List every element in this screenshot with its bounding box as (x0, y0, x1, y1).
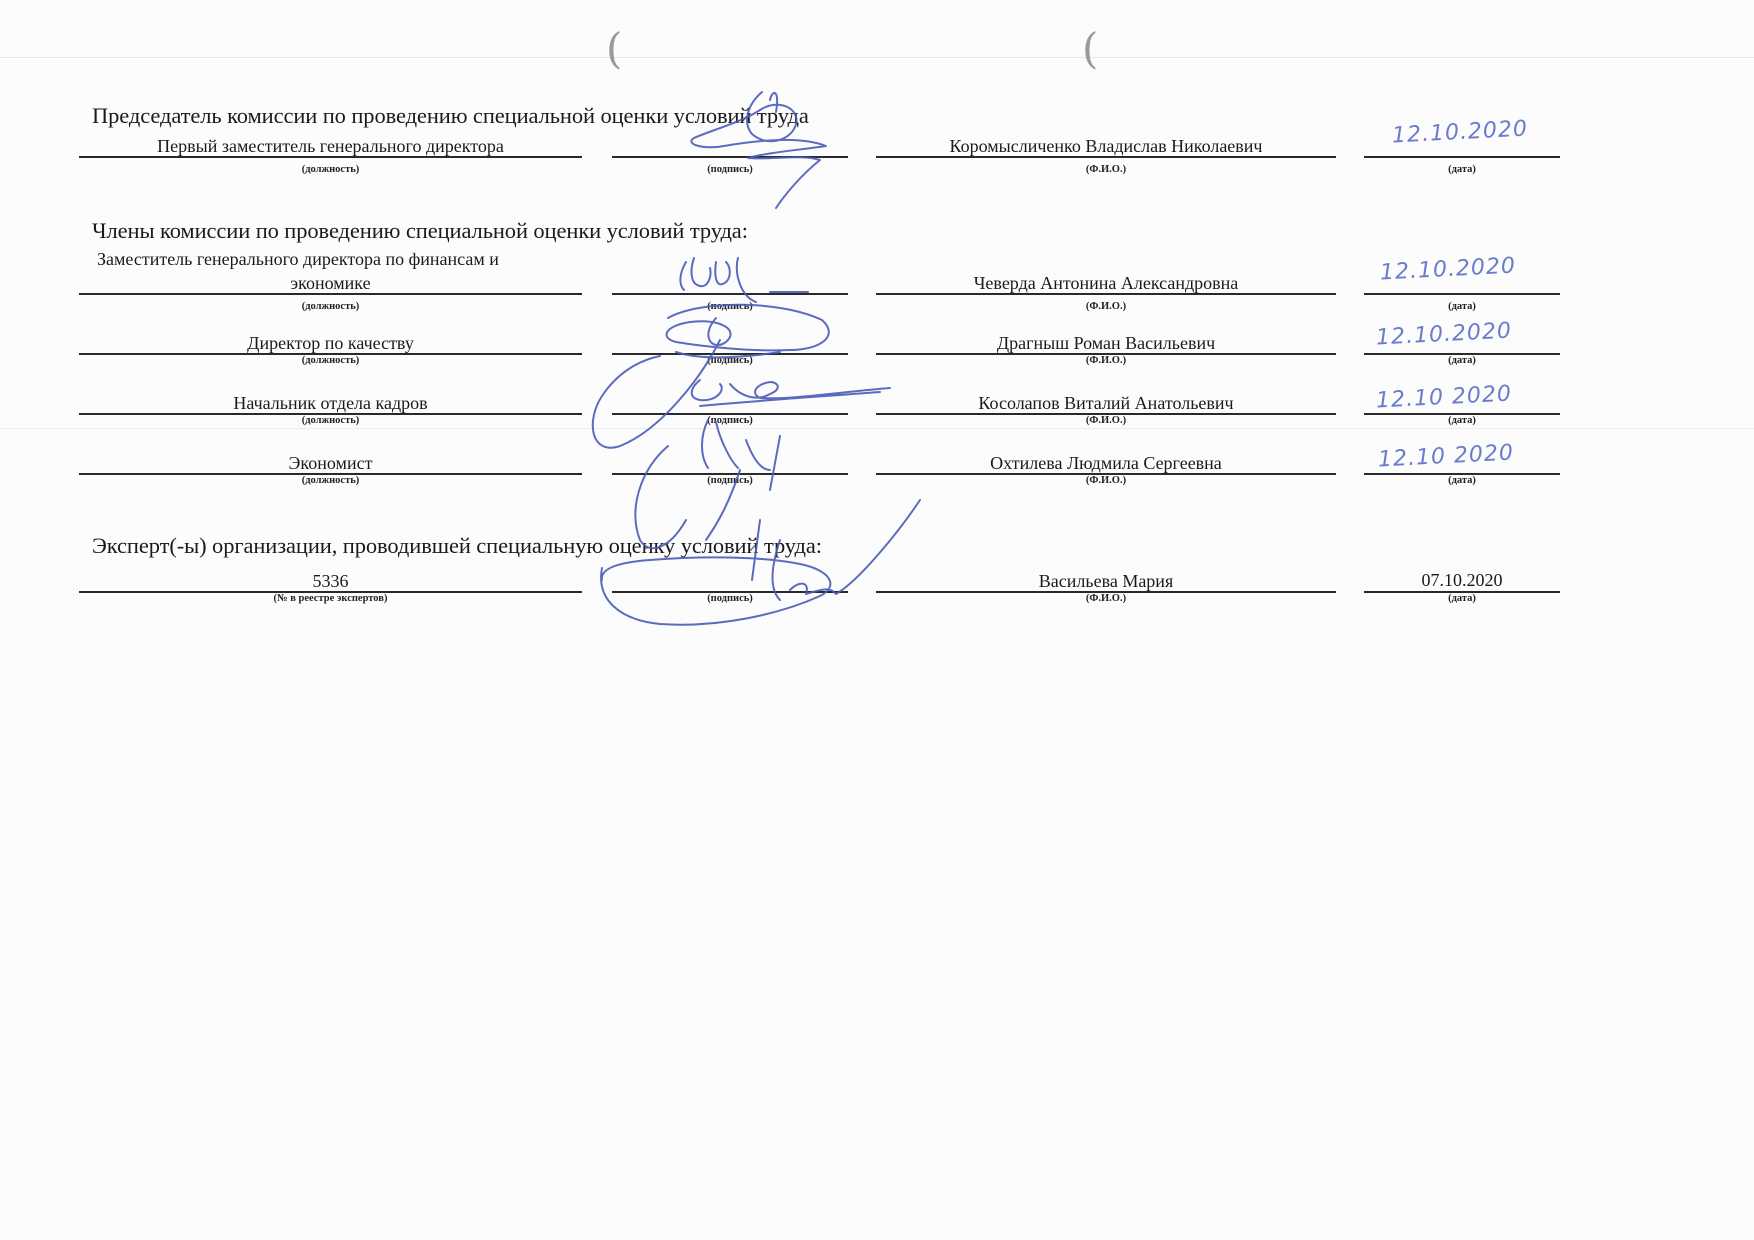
scan-artifact-line (0, 57, 1754, 58)
scan-artifact-line (0, 428, 1754, 429)
member-2-date: 12.10.2020 (1375, 318, 1512, 350)
member-1-date: 12.10.2020 (1379, 253, 1516, 285)
position-caption: (должность) (79, 356, 582, 367)
date-caption: (дата) (1364, 302, 1560, 313)
date-field-line (1364, 293, 1560, 295)
expert-name: Васильева Мария (876, 572, 1336, 590)
handwritten-signatures (0, 0, 1754, 1240)
date-field-line (1364, 156, 1560, 158)
chairman-name: Коромысличенко Владислав Николаевич (876, 137, 1336, 155)
fio-caption: (Ф.И.О.) (876, 416, 1336, 427)
scan-artifact-bracket: ( (606, 28, 622, 70)
signature-field-line (612, 156, 848, 158)
date-caption: (дата) (1364, 416, 1560, 427)
registry-caption: (№ в реестре экспертов) (79, 594, 582, 605)
position-caption: (должность) (79, 416, 582, 427)
member-3-position: Начальник отдела кадров (79, 394, 582, 412)
member-3-name: Косолапов Виталий Анатольевич (876, 394, 1336, 412)
member-3-signature (692, 380, 890, 406)
chairman-date: 12.10.2020 (1391, 116, 1528, 148)
position-caption: (должность) (79, 302, 582, 313)
fio-caption: (Ф.И.О.) (876, 476, 1336, 487)
chairman-position: Первый заместитель генерального директор… (79, 137, 582, 155)
fio-caption: (Ф.И.О.) (876, 356, 1336, 367)
position-field-line (79, 293, 582, 295)
expert-heading: Эксперт(-ы) организации, проводившей спе… (92, 535, 822, 558)
chairman-heading: Председатель комиссии по проведению спец… (92, 105, 809, 128)
expert-signature (601, 500, 920, 625)
member-4-name: Охтилева Людмила Сергеевна (876, 454, 1336, 472)
signature-caption: (подпись) (612, 356, 848, 367)
date-caption: (дата) (1364, 476, 1560, 487)
member-2-position: Директор по качеству (79, 334, 582, 352)
position-caption: (должность) (79, 476, 582, 487)
name-field-line (876, 293, 1336, 295)
name-field-line (876, 156, 1336, 158)
member-4-position: Экономист (79, 454, 582, 472)
scan-artifact-bracket: ( (1082, 28, 1098, 70)
fio-caption: (Ф.И.О.) (876, 165, 1336, 176)
members-heading: Члены комиссии по проведению специальной… (92, 220, 748, 243)
signature-caption: (подпись) (612, 416, 848, 427)
member-3-date: 12.10 2020 (1375, 381, 1512, 413)
date-caption: (дата) (1364, 165, 1560, 176)
fio-caption: (Ф.И.О.) (876, 594, 1336, 605)
expert-registry-number: 5336 (79, 572, 582, 590)
signature-caption: (подпись) (612, 165, 848, 176)
member-1-name: Чеверда Антонина Александровна (876, 274, 1336, 292)
member-2-name: Драгныш Роман Васильевич (876, 334, 1336, 352)
member-1-position-line1: Заместитель генерального директора по фи… (97, 249, 499, 270)
expert-date: 07.10.2020 (1364, 571, 1560, 589)
member-1-position-line2: экономике (79, 274, 582, 292)
signature-caption: (подпись) (612, 476, 848, 487)
fio-caption: (Ф.И.О.) (876, 302, 1336, 313)
position-caption: (должность) (79, 165, 582, 176)
member-4-date: 12.10 2020 (1377, 440, 1514, 472)
date-caption: (дата) (1364, 356, 1560, 367)
position-field-line (79, 156, 582, 158)
signature-caption: (подпись) (612, 302, 848, 313)
member-1-signature (680, 258, 808, 302)
signature-field-line (612, 293, 848, 295)
signature-caption: (подпись) (612, 594, 848, 605)
date-caption: (дата) (1364, 594, 1560, 605)
